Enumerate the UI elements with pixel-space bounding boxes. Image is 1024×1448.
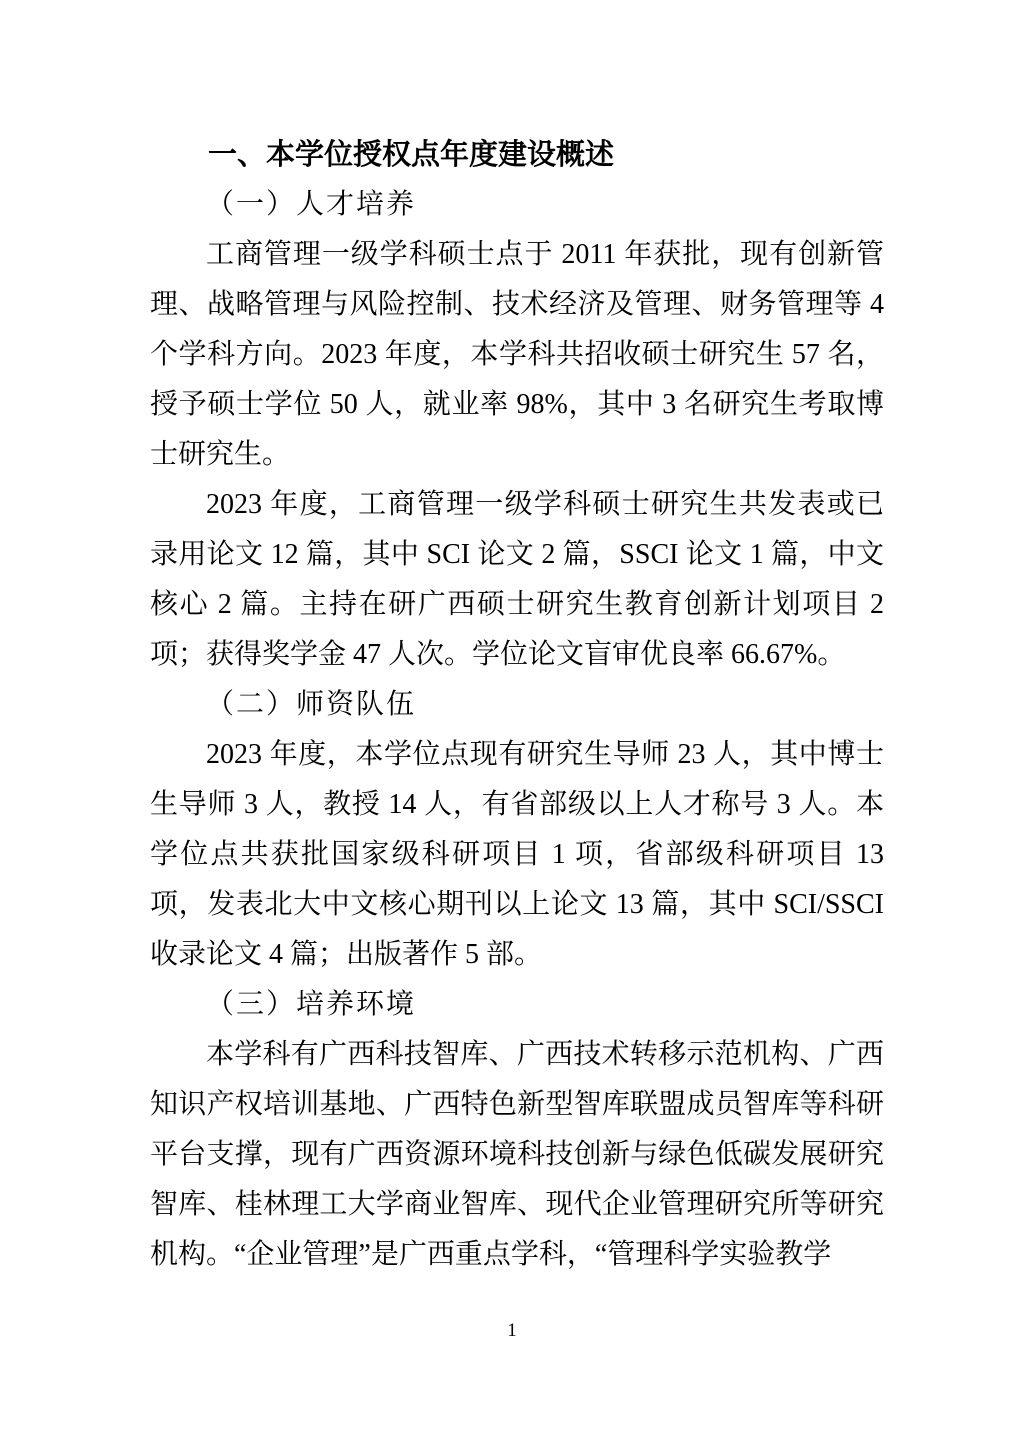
document-content: 一、本学位授权点年度建设概述 （一）人才培养 工商管理一级学科硕士点于 2011… <box>150 130 884 1280</box>
section-heading-faculty-team: （二）师资队伍 <box>150 680 884 730</box>
page-title: 一、本学位授权点年度建设概述 <box>150 130 884 180</box>
body-paragraph: 2023 年度，工商管理一级学科硕士研究生共发表或已录用论文 12 篇，其中 S… <box>150 480 884 680</box>
section-heading-training-environment: （三）培养环境 <box>150 980 884 1030</box>
body-paragraph: 2023 年度，本学位点现有研究生导师 23 人，其中博士生导师 3 人，教授 … <box>150 730 884 980</box>
page-number: 1 <box>0 1320 1024 1342</box>
section-heading-talent-training: （一）人才培养 <box>150 180 884 230</box>
body-paragraph: 工商管理一级学科硕士点于 2011 年获批，现有创新管理、战略管理与风险控制、技… <box>150 230 884 480</box>
body-paragraph: 本学科有广西科技智库、广西技术转移示范机构、广西知识产权培训基地、广西特色新型智… <box>150 1030 884 1280</box>
document-page: 一、本学位授权点年度建设概述 （一）人才培养 工商管理一级学科硕士点于 2011… <box>0 0 1024 1448</box>
